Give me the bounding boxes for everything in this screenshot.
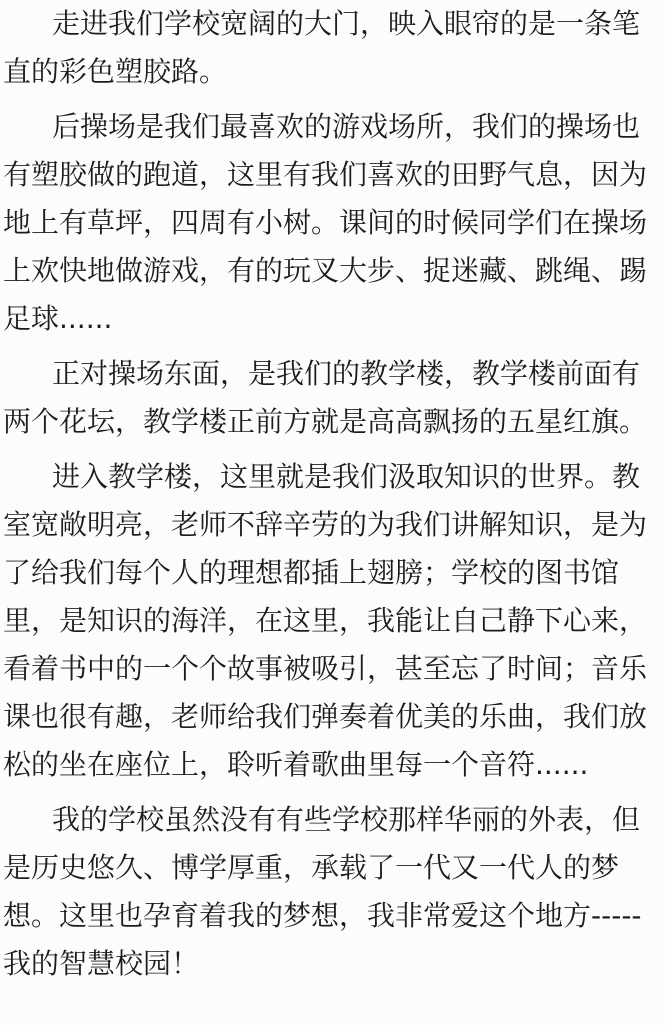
paragraph-conclusion: 我的学校虽然没有有些学校那样华丽的外表，但是历史悠久、博学厚重，承载了一代又一代… (3, 796, 662, 988)
paragraph-playground: 后操场是我们最喜欢的游戏场所，我们的操场也有塑胶做的跑道，这里有我们喜欢的田野气… (3, 103, 662, 343)
paragraph-knowledge-world: 进入教学楼，这里就是我们汲取知识的世界。教室宽敞明亮，老师不辞辛劳的为我们讲解知… (3, 453, 662, 789)
paragraph-gate: 走进我们学校宽阔的大门，映入眼帘的是一条笔直的彩色塑胶路。 (3, 0, 662, 96)
essay-body: 走进我们学校宽阔的大门，映入眼帘的是一条笔直的彩色塑胶路。 后操场是我们最喜欢的… (3, 0, 662, 988)
paragraph-teaching-building: 正对操场东面，是我们的教学楼，教学楼前面有两个花坛，教学楼正前方就是高高飘扬的五… (3, 350, 662, 446)
document-page: 走进我们学校宽阔的大门，映入眼帘的是一条笔直的彩色塑胶路。 后操场是我们最喜欢的… (0, 0, 665, 1025)
